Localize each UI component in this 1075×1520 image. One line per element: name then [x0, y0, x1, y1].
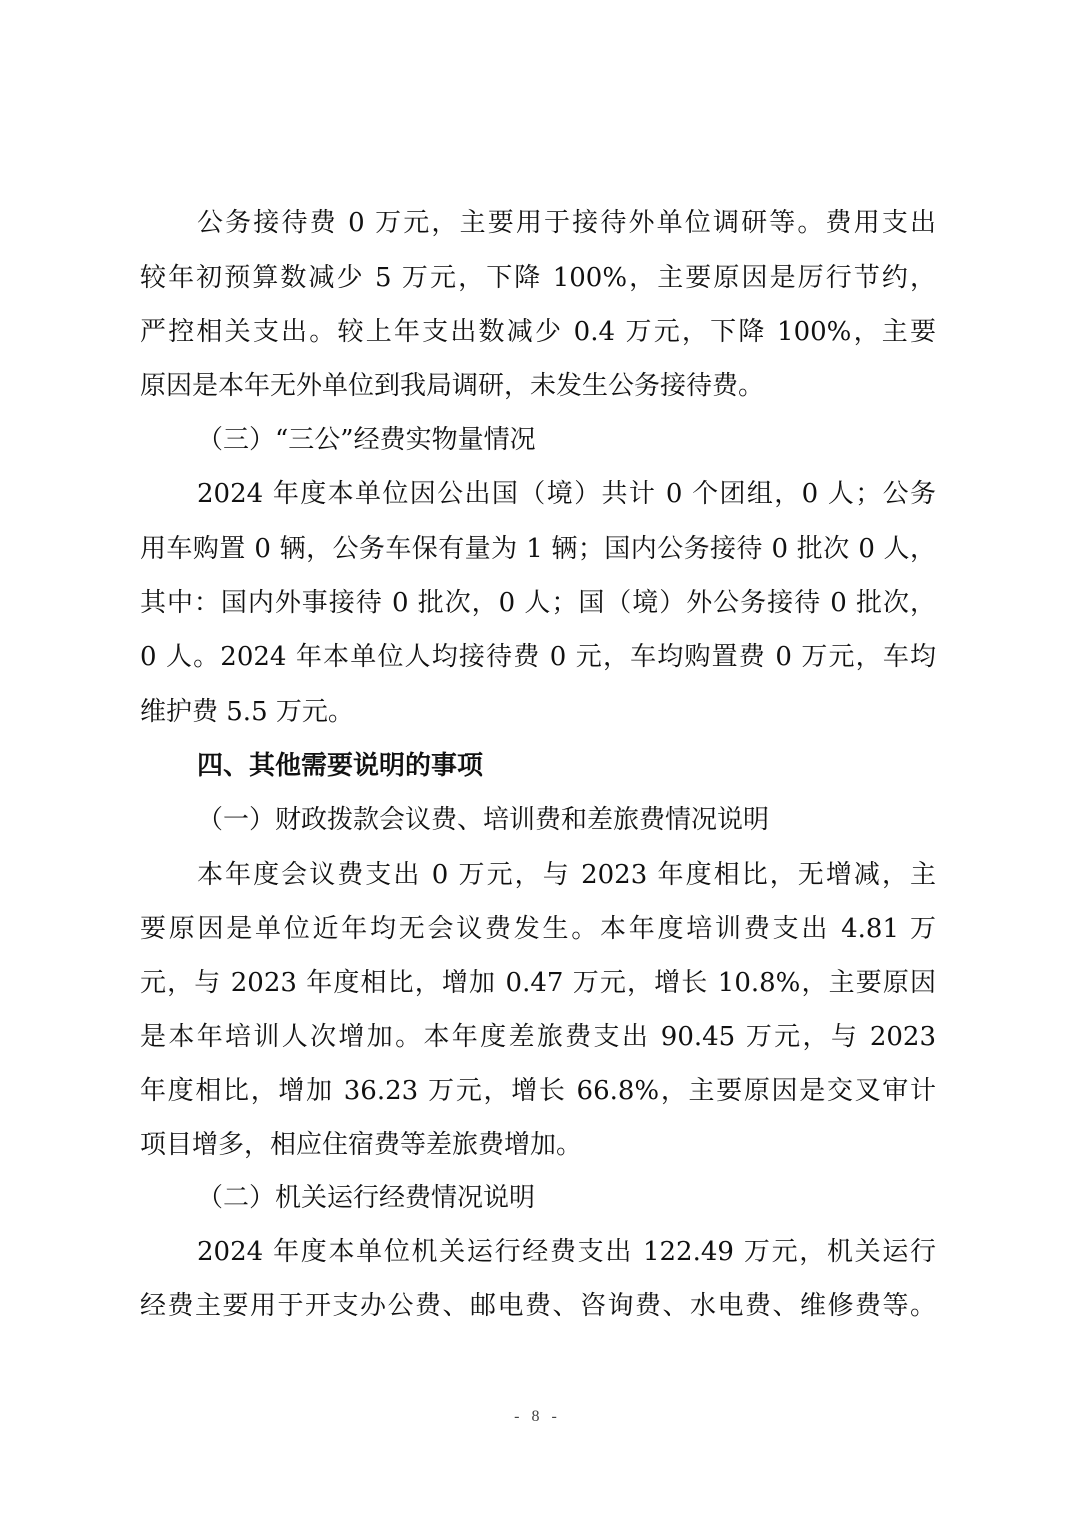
- paragraph-physical-line-3: 其中：国内外事接待 0 批次，0 人；国（境）外公务接待 0 批次，: [140, 583, 936, 623]
- document-page: 公务接待费 0 万元，主要用于接待外单位调研等。费用支出 较年初预算数减少 5 …: [0, 0, 1075, 1520]
- paragraph-operating-line-1: 2024 年度本单位机关运行经费支出 122.49 万元，机关运行: [197, 1232, 936, 1272]
- subheading-meeting-training-travel: （一）财政拨款会议费、培训费和差旅费情况说明: [197, 800, 936, 840]
- paragraph-expenses-line-1: 本年度会议费支出 0 万元，与 2023 年度相比，无增减，主: [197, 855, 936, 895]
- paragraph-expenses-line-2: 要原因是单位近年均无会议费发生。本年度培训费支出 4.81 万: [140, 909, 936, 949]
- paragraph-reception-line-3: 严控相关支出。较上年支出数减少 0.4 万元，下降 100%，主要: [140, 312, 936, 352]
- paragraph-reception-line-1: 公务接待费 0 万元，主要用于接待外单位调研等。费用支出: [197, 203, 936, 243]
- subheading-three-public-physical: （三）“三公”经费实物量情况: [197, 420, 936, 460]
- paragraph-physical-line-4: 0 人。2024 年本单位人均接待费 0 元，车均购置费 0 万元，车均: [140, 637, 936, 677]
- paragraph-expenses-line-3: 元，与 2023 年度相比，增加 0.47 万元，增长 10.8%，主要原因: [140, 963, 936, 1003]
- paragraph-expenses-line-5: 年度相比，增加 36.23 万元，增长 66.8%，主要原因是交叉审计: [140, 1071, 936, 1111]
- subheading-operating-expenses: （二）机关运行经费情况说明: [197, 1178, 936, 1218]
- paragraph-expenses-line-4: 是本年培训人次增加。本年度差旅费支出 90.45 万元，与 2023: [140, 1017, 936, 1057]
- paragraph-physical-line-5: 维护费 5.5 万元。: [140, 692, 936, 732]
- paragraph-reception-line-4: 原因是本年无外单位到我局调研，未发生公务接待费。: [140, 366, 936, 406]
- page-number: - 8 -: [0, 1408, 1075, 1426]
- section-heading-other-matters: 四、其他需要说明的事项: [197, 746, 936, 786]
- paragraph-reception-line-2: 较年初预算数减少 5 万元，下降 100%，主要原因是厉行节约，: [140, 258, 936, 298]
- paragraph-physical-line-1: 2024 年度本单位因公出国（境）共计 0 个团组，0 人；公务: [197, 474, 936, 514]
- paragraph-expenses-line-6: 项目增多，相应住宿费等差旅费增加。: [140, 1125, 936, 1165]
- paragraph-physical-line-2: 用车购置 0 辆，公务车保有量为 1 辆；国内公务接待 0 批次 0 人，: [140, 529, 936, 569]
- paragraph-operating-line-2: 经费主要用于开支办公费、邮电费、咨询费、水电费、维修费等。: [140, 1286, 936, 1326]
